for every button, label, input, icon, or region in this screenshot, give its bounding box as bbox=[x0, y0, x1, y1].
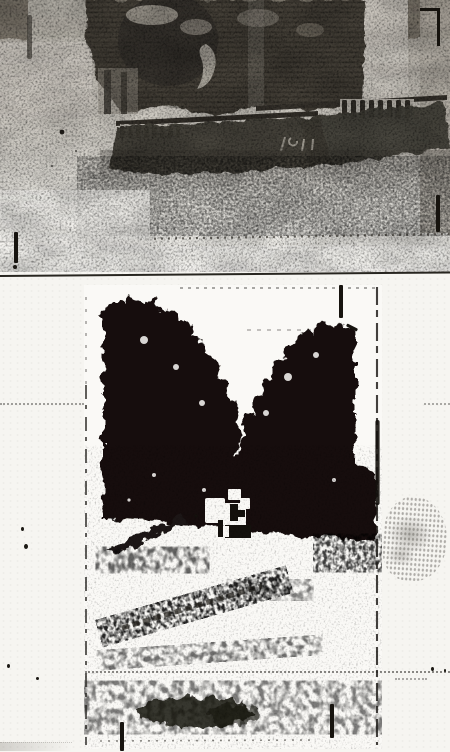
dotted-guide-left bbox=[0, 403, 84, 405]
machinery-photo bbox=[0, 0, 450, 272]
toner-speckle-patch bbox=[380, 495, 450, 583]
registration-tick-photo-top-right bbox=[339, 285, 343, 318]
dotted-guide-right bbox=[424, 403, 450, 405]
ink-dot bbox=[13, 265, 17, 269]
ink-dot bbox=[7, 664, 10, 668]
registration-tick-photo-bottom-right bbox=[330, 704, 334, 738]
registration-tick-right bbox=[436, 195, 440, 232]
ink-dot bbox=[444, 669, 446, 672]
ink-dot bbox=[431, 667, 434, 671]
corner-smudge bbox=[0, 742, 72, 751]
ink-dot bbox=[21, 527, 24, 531]
corner-bracket-top-right bbox=[420, 8, 440, 46]
ink-dot bbox=[36, 677, 39, 680]
dotted-guide-bottom bbox=[85, 671, 450, 673]
dotted-guide-bottom-right bbox=[395, 678, 427, 680]
road-photo bbox=[84, 285, 382, 749]
registration-tick-photo-bottom-left bbox=[120, 722, 124, 751]
registration-tick-left bbox=[14, 232, 18, 263]
scanned-page bbox=[0, 0, 450, 752]
ink-dot bbox=[24, 544, 28, 549]
separator-line bbox=[0, 271, 450, 277]
